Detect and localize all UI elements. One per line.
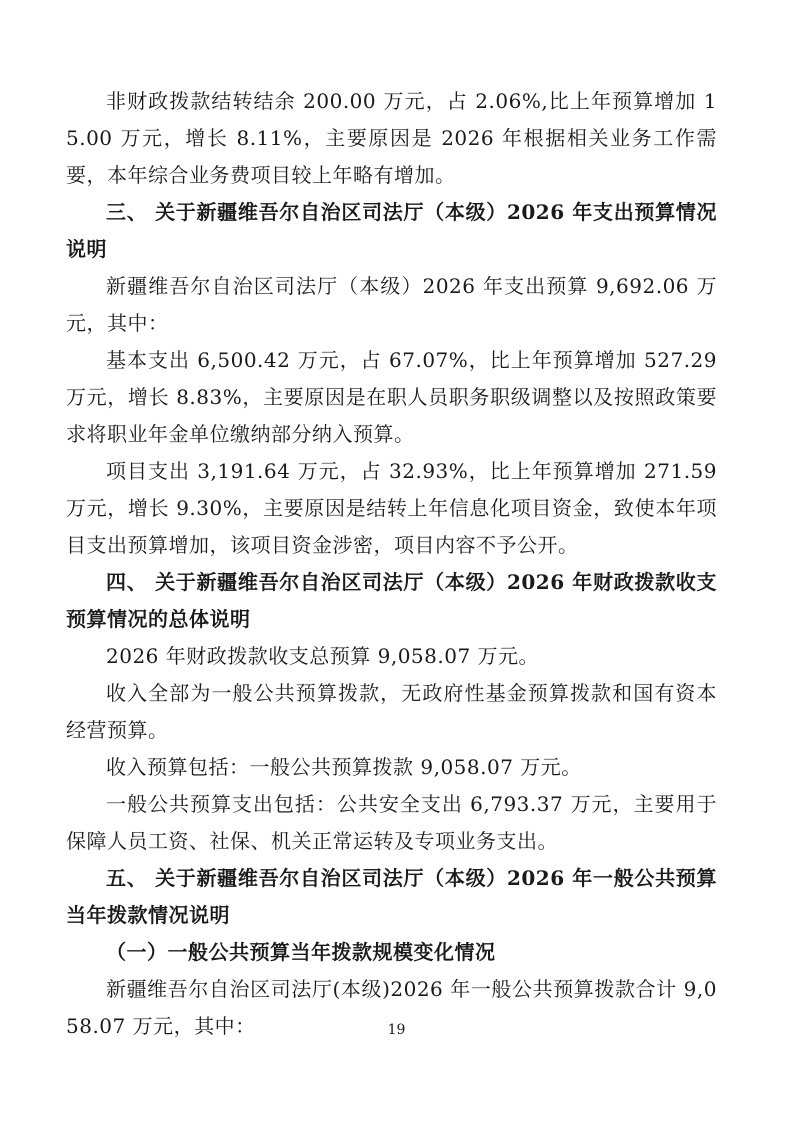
paragraph-non-fiscal-carryover: 非财政拨款结转结余 200.00 万元，占 2.06%,比上年预算增加 15.0… [66,83,717,194]
document-body: 非财政拨款结转结余 200.00 万元，占 2.06%,比上年预算增加 15.0… [66,83,717,1045]
section-heading-3-expenditure-budget: 三、 关于新疆维吾尔自治区司法厅（本级）2026 年支出预算情况说明 [66,194,717,268]
section-heading-4-fiscal-appropriation-overview: 四、 关于新疆维吾尔自治区司法厅（本级）2026 年财政拨款收支预算情况的总体说… [66,564,717,638]
section-heading-5-current-year-appropriation: 五、 关于新疆维吾尔自治区司法厅（本级）2026 年一般公共预算当年拨款情况说明 [66,860,717,934]
document-page: 非财政拨款结转结余 200.00 万元，占 2.06%,比上年预算增加 15.0… [0,0,793,1122]
paragraph-total-expenditure: 新疆维吾尔自治区司法厅（本级）2026 年支出预算 9,692.06 万元，其中… [66,268,717,342]
paragraph-income-source: 收入全部为一般公共预算拨款，无政府性基金预算拨款和国有资本经营预算。 [66,675,717,749]
paragraph-fiscal-total-budget: 2026 年财政拨款收支总预算 9,058.07 万元。 [66,638,717,675]
page-number: 19 [0,1020,793,1040]
paragraph-public-budget-expenditure: 一般公共预算支出包括：公共安全支出 6,793.37 万元，主要用于保障人员工资… [66,786,717,860]
paragraph-project-expenditure: 项目支出 3,191.64 万元，占 32.93%，比上年预算增加 271.59… [66,453,717,564]
paragraph-income-budget: 收入预算包括：一般公共预算拨款 9,058.07 万元。 [66,749,717,786]
subsection-heading-1-appropriation-scale-change: （一）一般公共预算当年拨款规模变化情况 [66,934,717,971]
paragraph-basic-expenditure: 基本支出 6,500.42 万元，占 67.07%，比上年预算增加 527.29… [66,342,717,453]
